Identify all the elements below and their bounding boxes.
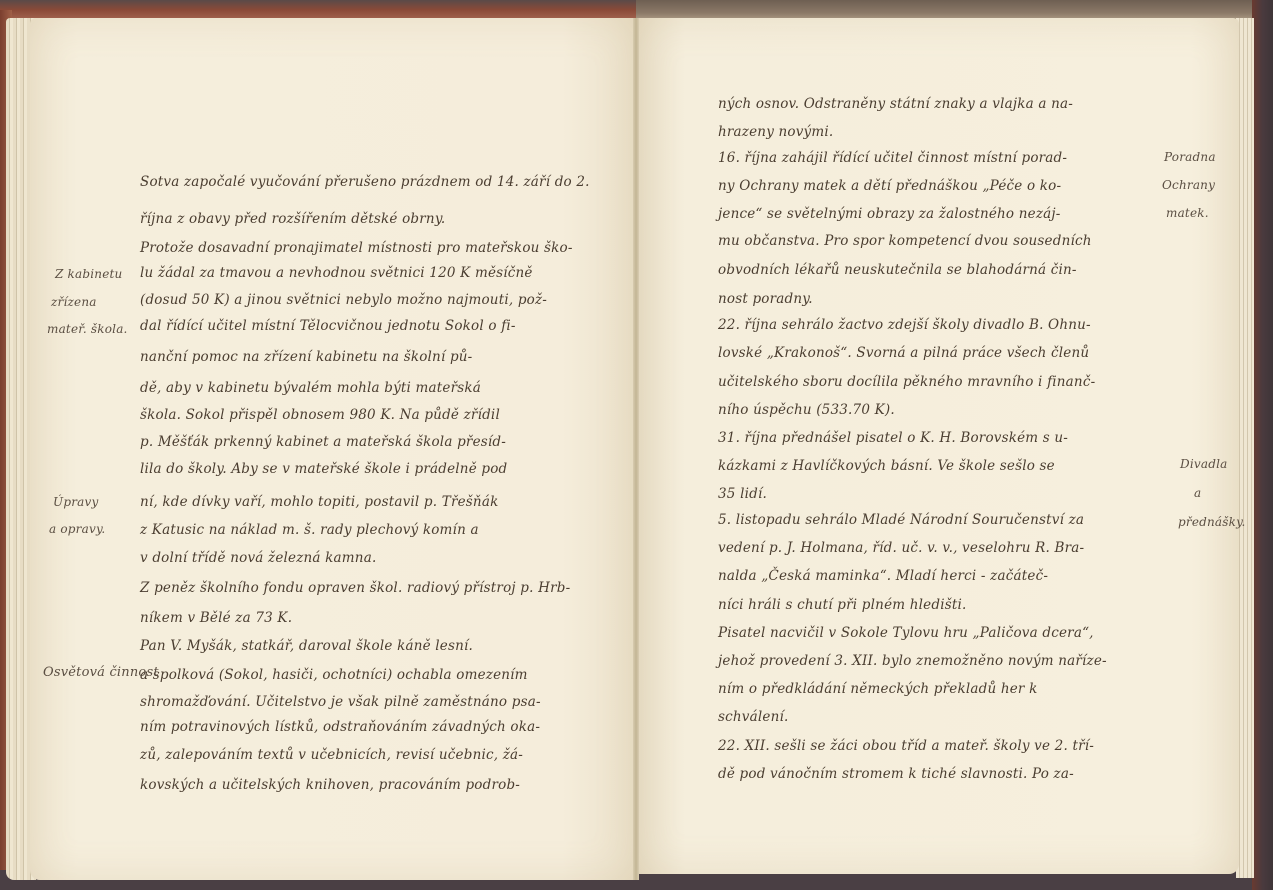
text-line: nost poradny. [718,291,813,307]
text-line: kázkami z Havlíčkových básní. Ve škole s… [718,458,1055,474]
text-line: zů, zalepováním textů v učebnicích, revi… [140,747,523,763]
book-gutter [633,18,639,880]
text-line: Pisatel nacvičil v Sokole Tylovu hru „Pa… [718,625,1094,641]
text-line: mu občanstva. Pro spor kompetencí dvou s… [718,233,1092,249]
text-line: lu žádal za tmavou a nevhodnou světnici … [140,265,533,281]
text-line: dě, aby v kabinetu bývalém mohla býti ma… [140,380,481,396]
text-line: jence“ se světelnými obrazy za žalostnéh… [718,206,1061,222]
text-line: dě pod vánočním stromem k tiché slavnost… [718,766,1074,782]
text-line: lovské „Krakonoš“. Svorná a pilná práce … [718,345,1089,361]
text-line: škola. Sokol přispěl obnosem 980 K. Na p… [140,407,500,423]
text-line: schválení. [718,709,788,725]
text-line: 35 lidí. [718,486,767,502]
text-line: dal řídící učitel místní Tělocvičnou jed… [140,318,516,334]
text-line: z Katusic na náklad m. š. rady plechový … [140,522,479,538]
text-line: (dosud 50 K) a jinou světnici nebylo mož… [140,292,547,308]
text-line: lila do školy. Aby se v mateřské škole i… [140,461,507,477]
text-line: Pan V. Myšák, statkář, daroval škole kán… [140,638,473,654]
text-line: učitelského sboru docílila pěkného mravn… [718,374,1095,390]
text-line: ního úspěchu (533.70 K). [718,402,895,418]
book-binding-right [1252,0,1273,890]
text-line: ním potravinových lístků, odstraňováním … [140,719,540,735]
text-line: níci hráli s chutí při plném hledišti. [718,597,966,613]
text-line: nanční pomoc na zřízení kabinetu na škol… [140,349,472,365]
text-line: jehož provedení 3. XII. bylo znemožněno … [718,653,1107,669]
text-line: shromažďování. Učitelstvo je však pilně … [140,694,541,710]
text-line: 31. října přednášel pisatel o K. H. Boro… [718,430,1068,446]
text-line: níkem v Bělé za 73 K. [140,610,292,626]
text-line: obvodních lékařů neuskutečnila se blahod… [718,262,1077,278]
text-line: Protože dosavadní pronajimatel místnosti… [140,240,573,256]
text-line: 5. listopadu sehrálo Mladé Národní Souru… [718,512,1084,528]
text-line: Sotva započalé vyučování přerušeno prázd… [140,174,590,190]
left-page-text: Sotva započalé vyučování přerušeno prázd… [140,0,620,890]
text-line: p. Měšťák prkenný kabinet a mateřská ško… [140,434,506,450]
text-line: 22. října sehrálo žactvo zdejší školy di… [718,317,1091,333]
text-line: kovských a učitelských knihoven, pracová… [140,777,520,793]
text-line: nalda „Česká maminka“. Mladí herci - zač… [718,568,1048,584]
text-line: ny Ochrany matek a dětí přednáškou „Péče… [718,178,1061,194]
text-line: října z obavy před rozšířením dětské obr… [140,211,445,227]
text-line: hrazeny novými. [718,124,833,140]
text-line: vedení p. J. Holmana, říd. uč. v. v., ve… [718,540,1084,556]
text-line: a spolková (Sokol, hasiči, ochotníci) oc… [140,667,528,683]
text-line: ných osnov. Odstraněny státní znaky a vl… [718,96,1073,112]
text-line: Z peněz školního fondu opraven škol. rad… [140,580,570,596]
text-line: 22. XII. sešli se žáci obou tříd a mateř… [718,738,1094,754]
text-line: ní, kde dívky vaří, mohlo topiti, postav… [140,494,498,510]
text-line: v dolní třídě nová železná kamna. [140,550,376,566]
right-page-text: ných osnov. Odstraněny státní znaky a vl… [718,0,1158,890]
text-line: 16. října zahájil řídící učitel činnost … [718,150,1067,166]
text-line: ním o předkládání německých překladů her… [718,681,1037,697]
